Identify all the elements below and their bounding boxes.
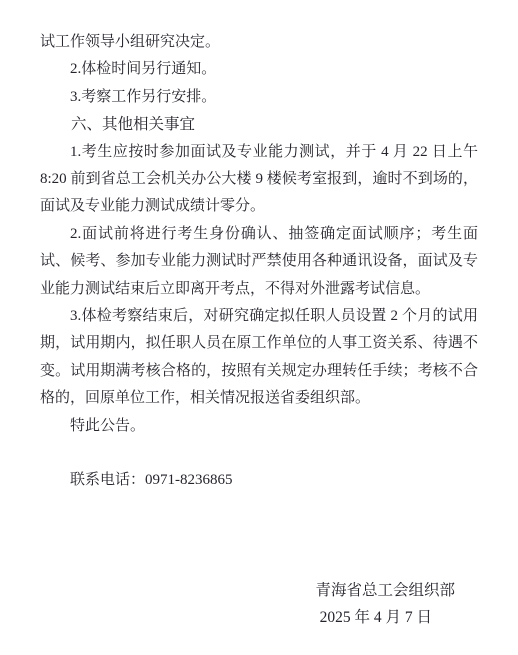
contact-phone-line: 联系电话：0971-8236865 xyxy=(40,467,478,494)
list-item-medical-exam: 2.体检时间另行通知。 xyxy=(40,56,478,83)
continuation-line: 试工作领导小组研究决定。 xyxy=(40,29,478,56)
section-heading: 六、其他相关事宜 xyxy=(40,111,478,138)
signature-block: 青海省总工会组织部 2025 年 4 月 7 日 xyxy=(40,577,478,632)
announcement-page: 试工作领导小组研究决定。 2.体检时间另行通知。 3.考察工作另行安排。 六、其… xyxy=(0,0,518,655)
signature-org: 青海省总工会组织部 xyxy=(40,577,478,604)
closing-line: 特此公告。 xyxy=(40,413,478,440)
signature-date: 2025 年 4 月 7 日 xyxy=(40,604,478,631)
paragraph-probation-period: 3.体检考察结束后，对研究确定拟任职人员设置 2 个月的试用期，试用期内，拟任职… xyxy=(40,303,478,413)
paragraph-interview-checkin: 1.考生应按时参加面试及专业能力测试，并于 4 月 22 日上午 8:20 前到… xyxy=(40,139,478,221)
paragraph-interview-rules: 2.面试前将进行考生身份确认、抽签确定面试顺序；考生面试、候考、参加专业能力测试… xyxy=(40,221,478,303)
list-item-inspection: 3.考察工作另行安排。 xyxy=(40,84,478,111)
